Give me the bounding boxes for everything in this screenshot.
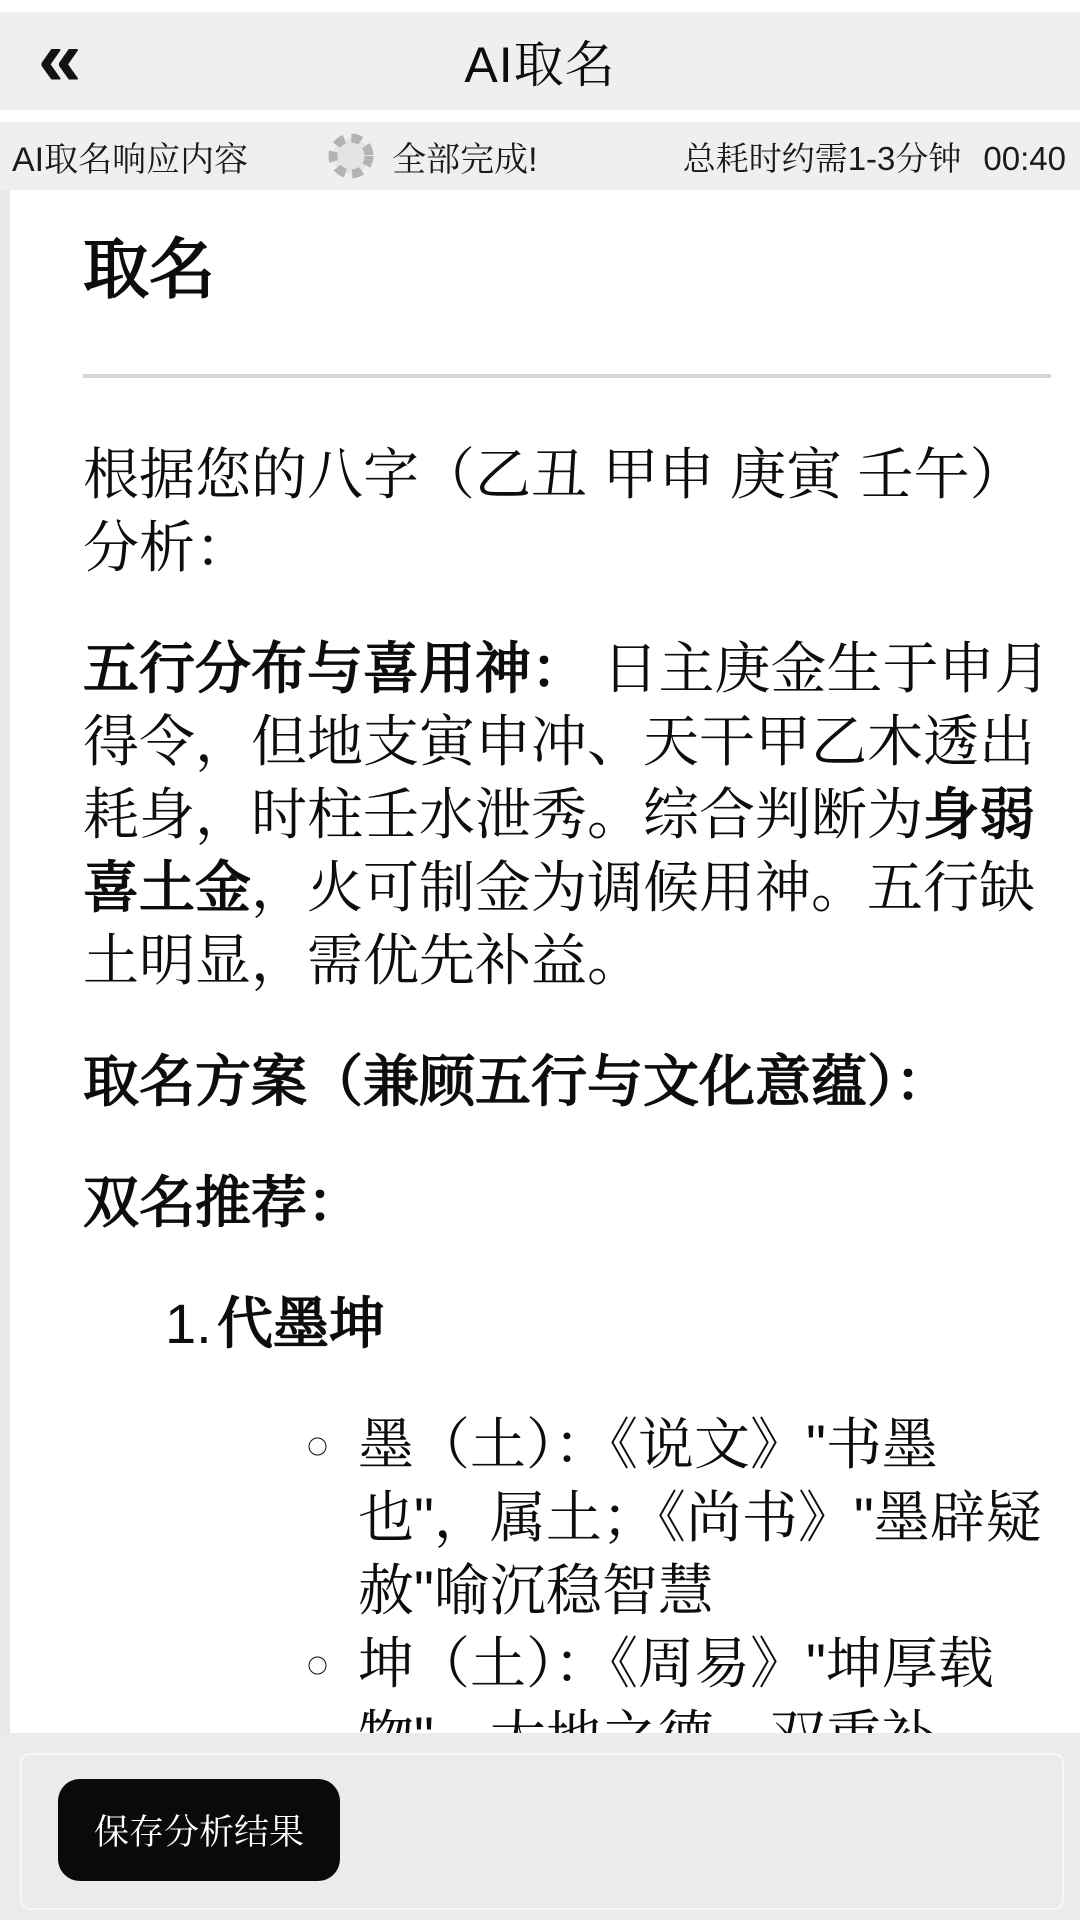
action-panel: 保存分析结果 [20, 1753, 1064, 1910]
name-list-item: 1.代墨坤 墨（土）：《说文》"书墨也"，属土；《尚书》"墨辟疑赦"喻沉稳智慧 … [83, 1287, 1051, 1733]
status-bar: AI取名响应内容 全部完成! 总耗时约需1-3分钟 00:40 [0, 122, 1080, 190]
duration-note: 总耗时约需1-3分钟 [683, 133, 962, 180]
plan-heading: 取名方案（兼顾五行与文化意蕴）： [83, 1045, 1051, 1118]
top-strip [0, 0, 1080, 12]
double-name-heading: 双名推荐： [83, 1166, 1051, 1239]
bottom-bar: 保存分析结果 [0, 1733, 1080, 1920]
app-header: « AI取名 [0, 12, 1080, 110]
back-button[interactable]: « [38, 19, 81, 97]
status-right-group: 总耗时约需1-3分钟 00:40 [683, 133, 1066, 180]
elapsed-time: 00:40 [983, 140, 1066, 178]
app-screen: « AI取名 AI取名响应内容 全部完成! 总耗时约需1-3分钟 00:40 取… [0, 0, 1080, 1920]
status-middle-group: 全部完成! [326, 131, 537, 181]
status-left-label: AI取名响应内容 [12, 132, 248, 181]
wuxing-paragraph: 五行分布与喜用神： 日主庚金生于申月得令，但地支寅申冲、天干甲乙木透出耗身，时柱… [83, 632, 1051, 997]
name-detail-item: 墨（土）：《说文》"书墨也"，属土；《尚书》"墨辟疑赦"喻沉稳智慧 [350, 1408, 1051, 1627]
spinner-icon [326, 131, 376, 181]
status-text: 全部完成! [392, 132, 537, 181]
header-gap [0, 110, 1080, 122]
page-title: AI取名 [0, 25, 1080, 97]
name-list: 1.代墨坤 墨（土）：《说文》"书墨也"，属土；《尚书》"墨辟疑赦"喻沉稳智慧 … [83, 1287, 1051, 1733]
analysis-content[interactable]: 取名 根据您的八字（乙丑 甲申 庚寅 壬午）分析： 五行分布与喜用神： 日主庚金… [10, 190, 1080, 1733]
intro-paragraph: 根据您的八字（乙丑 甲申 庚寅 壬午）分析： [83, 438, 1051, 584]
candidate-name: 代墨坤 [217, 1292, 385, 1355]
wuxing-label: 五行分布与喜用神： [83, 637, 587, 700]
name-detail-item: 坤（土）：《周易》"坤厚载物"，大地之德，双重补 [350, 1627, 1051, 1733]
content-heading: 取名 [83, 236, 1051, 302]
divider [83, 374, 1051, 378]
save-results-button[interactable]: 保存分析结果 [58, 1779, 340, 1881]
list-number: 1. [165, 1287, 217, 1360]
name-detail-list: 墨（土）：《说文》"书墨也"，属土；《尚书》"墨辟疑赦"喻沉稳智慧 坤（土）：《… [165, 1408, 1051, 1733]
